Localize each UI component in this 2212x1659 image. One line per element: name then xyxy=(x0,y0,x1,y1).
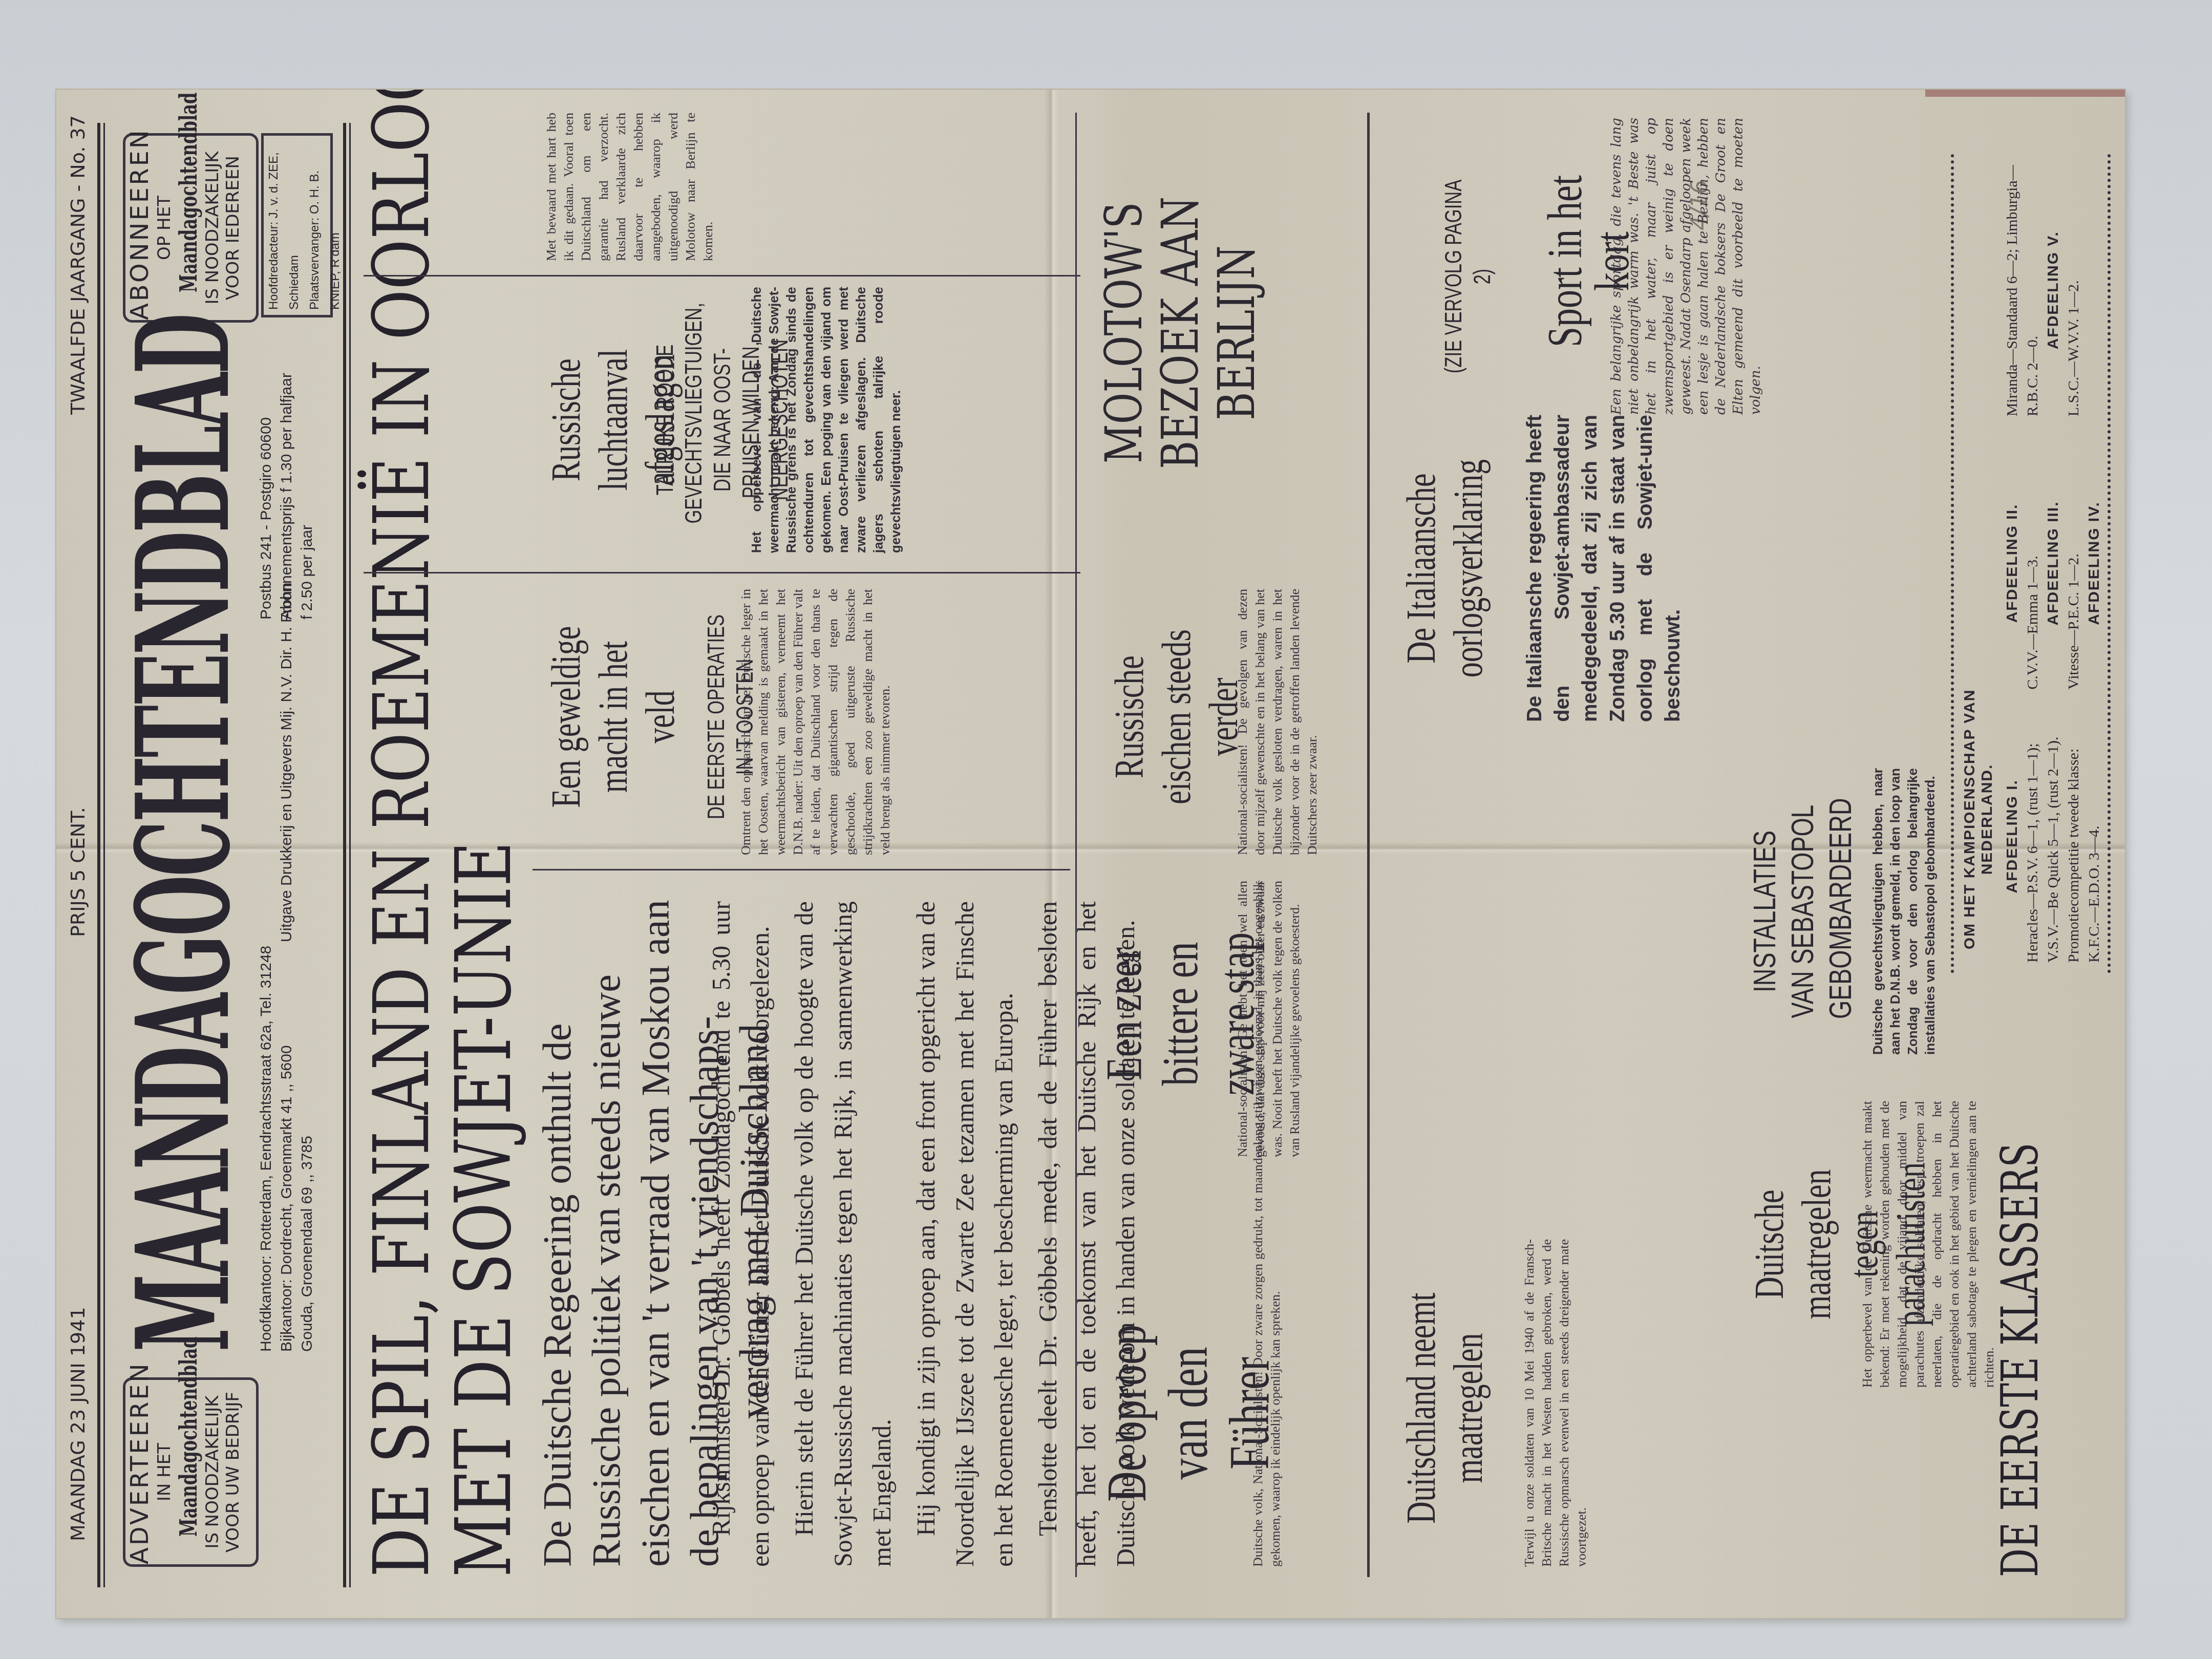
box-line: ADVERTEEREN xyxy=(125,1380,154,1564)
lead-paragraph: Rijksminister Dr. Göbbels heeft Zondagoc… xyxy=(701,901,779,1567)
match-result: Heracles—P.S.V. 6—1, (rust 1—1); xyxy=(2023,710,2043,963)
deck-line: De Duitsche Regeering onthult de Russisc… xyxy=(533,876,631,1567)
match-result: C.V.V.—Emma 1—3. xyxy=(2023,437,2043,689)
match-result: V.S.V.—Be Quick 5—1, (rust 2—1). xyxy=(2043,710,2064,963)
match-result: Vitesse—P.E.C. 1—2. xyxy=(2064,437,2084,689)
article-text: Duitsche gevechtsvliegtuigen hebben, naa… xyxy=(1869,768,1939,1055)
box-brand: Maandagochtendblad xyxy=(175,163,202,292)
lead-paragraph: Hij kondigt in zijn oproep aan, dat een … xyxy=(906,901,1023,1567)
newspaper-sheet: 4/16 MAANDAG 23 JUNI 1941 PRIJS 5 CENT. … xyxy=(56,90,2125,1618)
article-text: Het opperbevel van de Duitsche weermacht… xyxy=(1859,1101,1998,1388)
match-result: Miranda—Standaard 6—2; Limburgia—R.B.C. … xyxy=(2002,164,2043,416)
office-branch: Gouda, Groenendaal 69 ,, 3785 xyxy=(297,946,317,1352)
article-text: Omtrent den opmarsch van het Duitsche le… xyxy=(737,589,894,855)
article-headline: De Italiaansche oorlogsverklaring xyxy=(1398,453,1492,684)
box-brand: Maandagochtendblad xyxy=(175,1408,202,1537)
match-result: K.F.C.—E.D.O. 3—4. xyxy=(2084,710,2104,963)
box-line: VOOR UW BEDRIJF xyxy=(223,1380,243,1564)
publisher: Uitgave Drukkerij en Uitgevers Mij. N.V.… xyxy=(276,583,297,942)
division-name: AFDEELING IV. xyxy=(2084,437,2104,689)
column-rule xyxy=(533,869,1070,870)
box-line: IS NOODZAKELIJK xyxy=(202,136,223,320)
article-headline: MOLOTOW'S BEZOEK AAN BERLIJN xyxy=(1096,168,1265,498)
division-name: AFDEELING II. xyxy=(2002,437,2023,689)
sports-results-box: DE EERSTE KLASSERS xyxy=(1992,988,2048,1577)
lead-article: Rijksminister Dr. Göbbels heeft Zondagoc… xyxy=(701,901,1150,1567)
article-text: National-socialisten! Ge hebt het toen w… xyxy=(1234,881,1304,1157)
main-headline-line2: MET DE SOWJET-UNIE xyxy=(445,842,522,1577)
volume-number: TWAALFDE JAARGANG - No. 37 xyxy=(67,115,89,415)
division-name: AFDEELING I. xyxy=(2002,710,2023,963)
box-line: OP HET xyxy=(154,136,175,320)
sports-box-title: DE EERSTE KLASSERS xyxy=(1992,1165,2048,1577)
division-name: AFDEELING III. xyxy=(2043,437,2064,689)
column-rule xyxy=(364,275,1080,276)
article-headline: Duitschland neemt maatregelen xyxy=(1398,1289,1492,1527)
subscribe-box: ABONNEEREN OP HET Maandagochtendblad IS … xyxy=(123,133,259,323)
article-text: Terwijl u onze soldaten van 10 Mei 1940 … xyxy=(1521,1239,1590,1567)
sports-box-subtitle: OM HET KAMPIOENSCHAP VAN NEDERLAND. xyxy=(1961,676,1996,963)
article-headline: Een geweldige macht in het veld xyxy=(543,617,684,817)
deputy-editor: Plaatsvervanger: O. H. B. KNIEP, R'dam xyxy=(305,136,346,310)
article-text: De Italiaansche regeering heeft den Sowj… xyxy=(1521,415,1687,722)
section-rule xyxy=(1075,113,1077,1577)
article-text: Met bewaard met hart heb ik dit gedaan. … xyxy=(543,113,717,261)
page-divider xyxy=(1367,113,1370,1577)
advertise-box: ADVERTEEREN IN HET Maandagochtendblad IS… xyxy=(123,1377,259,1567)
price: PRIJS 5 CENT. xyxy=(67,807,89,937)
sports-divisions: AFDEELING I. Heracles—P.S.V. 6—1, (rust … xyxy=(2002,164,2104,963)
column-rule xyxy=(364,572,1080,573)
imprint-left: Hoofdkantoor: Rotterdam, Eendrachtsstraa… xyxy=(256,946,317,1352)
match-result: L.S.C.—W.V.V. 1—2. xyxy=(2064,164,2084,416)
editors-box: Hoofdredacteur: J. v. d. ZEE, Schiedam P… xyxy=(261,133,333,317)
article-headline: Russische eischen steeds verder xyxy=(1106,617,1247,817)
front-page: MAANDAG 23 JUNI 1941 PRIJS 5 CENT. TWAAL… xyxy=(56,90,2125,1618)
article-text: Het opperbevel van de Duitsche weermacht… xyxy=(748,287,904,553)
box-line: IN HET xyxy=(154,1380,175,1564)
imprint-right: Postbus 241 - Postgiro 60600 Abonnements… xyxy=(256,373,317,620)
box-line: VOOR IEDEREEN xyxy=(223,136,243,320)
masthead-rule-bottom xyxy=(343,123,351,1587)
article-headline: INSTALLATIES VAN SEBASTOPOL GEBOMBARDEER… xyxy=(1746,804,1860,1019)
office-branch: Bijkantoor: Dordrecht, Groenmarkt 41 ,, … xyxy=(276,946,297,1352)
editor-in-chief: Hoofdredacteur: J. v. d. ZEE, Schiedam xyxy=(264,136,305,310)
box-line: ABONNEEREN xyxy=(125,136,154,320)
masthead-rule-top xyxy=(97,123,105,1587)
subscription-price: Abonnementsprijs f 1.30 per halfjaar xyxy=(276,373,297,620)
office-main: Hoofdkantoor: Rotterdam, Eendrachtsstraa… xyxy=(256,946,276,1352)
lead-paragraph: Hierin stelt de Führer het Duitsche volk… xyxy=(784,901,901,1567)
box-line: IS NOODZAKELIJK xyxy=(202,1380,223,1564)
masthead-title: MAANDAGOCHTENDBLAD xyxy=(108,315,258,1352)
article-text: National-socialisten! De gevolgen van de… xyxy=(1234,589,1321,855)
issue-date: MAANDAG 23 JUNI 1941 xyxy=(67,1307,89,1541)
postbus: Postbus 241 - Postgiro 60600 xyxy=(256,373,276,620)
division-name: AFDEELING V. xyxy=(2043,164,2064,416)
subscription-price: f 2.50 per jaar xyxy=(297,373,317,620)
main-headline-line1: DE SPIL, FINLAND EN ROEMENIË IN OORLOG xyxy=(364,90,440,1577)
article-text: Een belangrijke sportdag, die tevens lan… xyxy=(1608,118,1764,415)
match-result: Promotiecompetitie tweede klasse: xyxy=(2064,710,2084,963)
article-kicker: (ZIE VERVOLG PAGINA 2) xyxy=(1439,173,1496,380)
